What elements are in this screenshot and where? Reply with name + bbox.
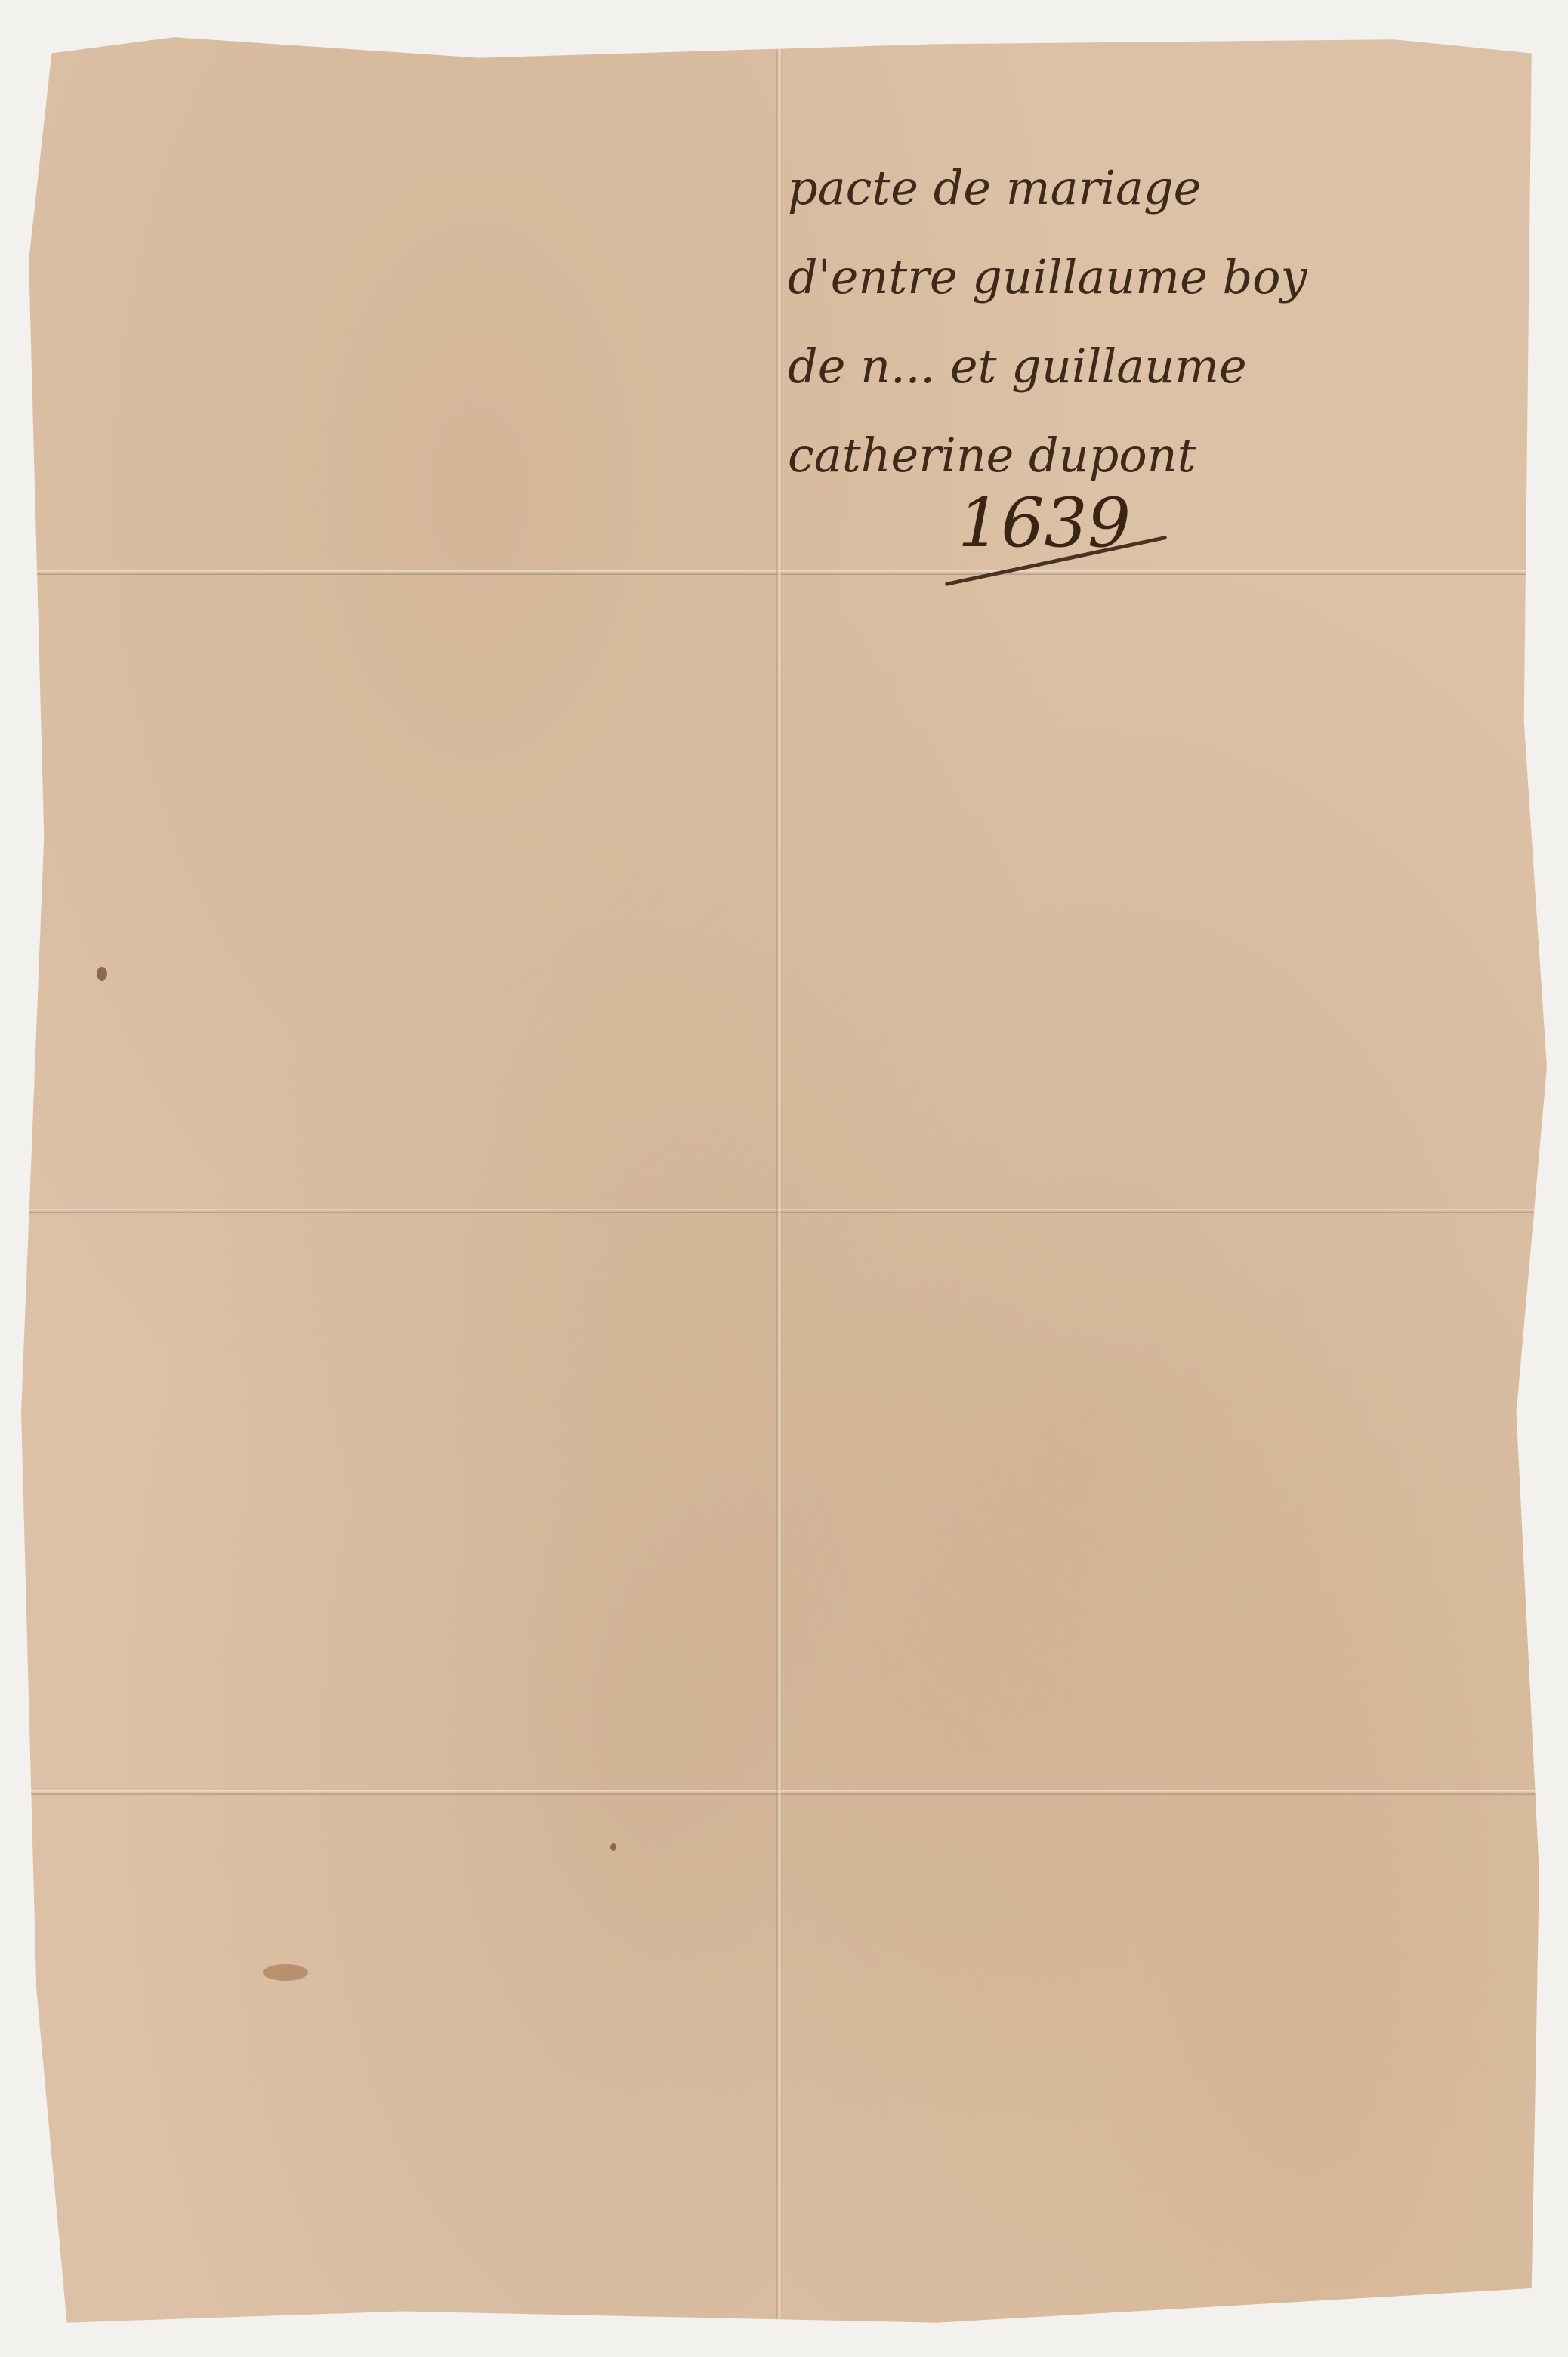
manuscript-page: pacte de mariage d'entre guillaume boy d… <box>21 30 1547 2334</box>
ink-spot <box>610 1843 616 1851</box>
fold-line-horizontal <box>21 1790 1547 1795</box>
fold-line-vertical <box>776 30 782 2334</box>
endorsement-line-1: pacte de mariage <box>788 144 1468 233</box>
endorsement-line-3: de n... et guillaume <box>788 322 1468 411</box>
fold-line-horizontal <box>21 1209 1547 1213</box>
endorsement-line-2: d'entre guillaume boy <box>788 233 1468 322</box>
fold-line-horizontal <box>21 570 1547 575</box>
ink-spot <box>97 967 107 981</box>
stain <box>263 1964 308 1981</box>
endorsement-text: pacte de mariage d'entre guillaume boy d… <box>788 144 1468 500</box>
